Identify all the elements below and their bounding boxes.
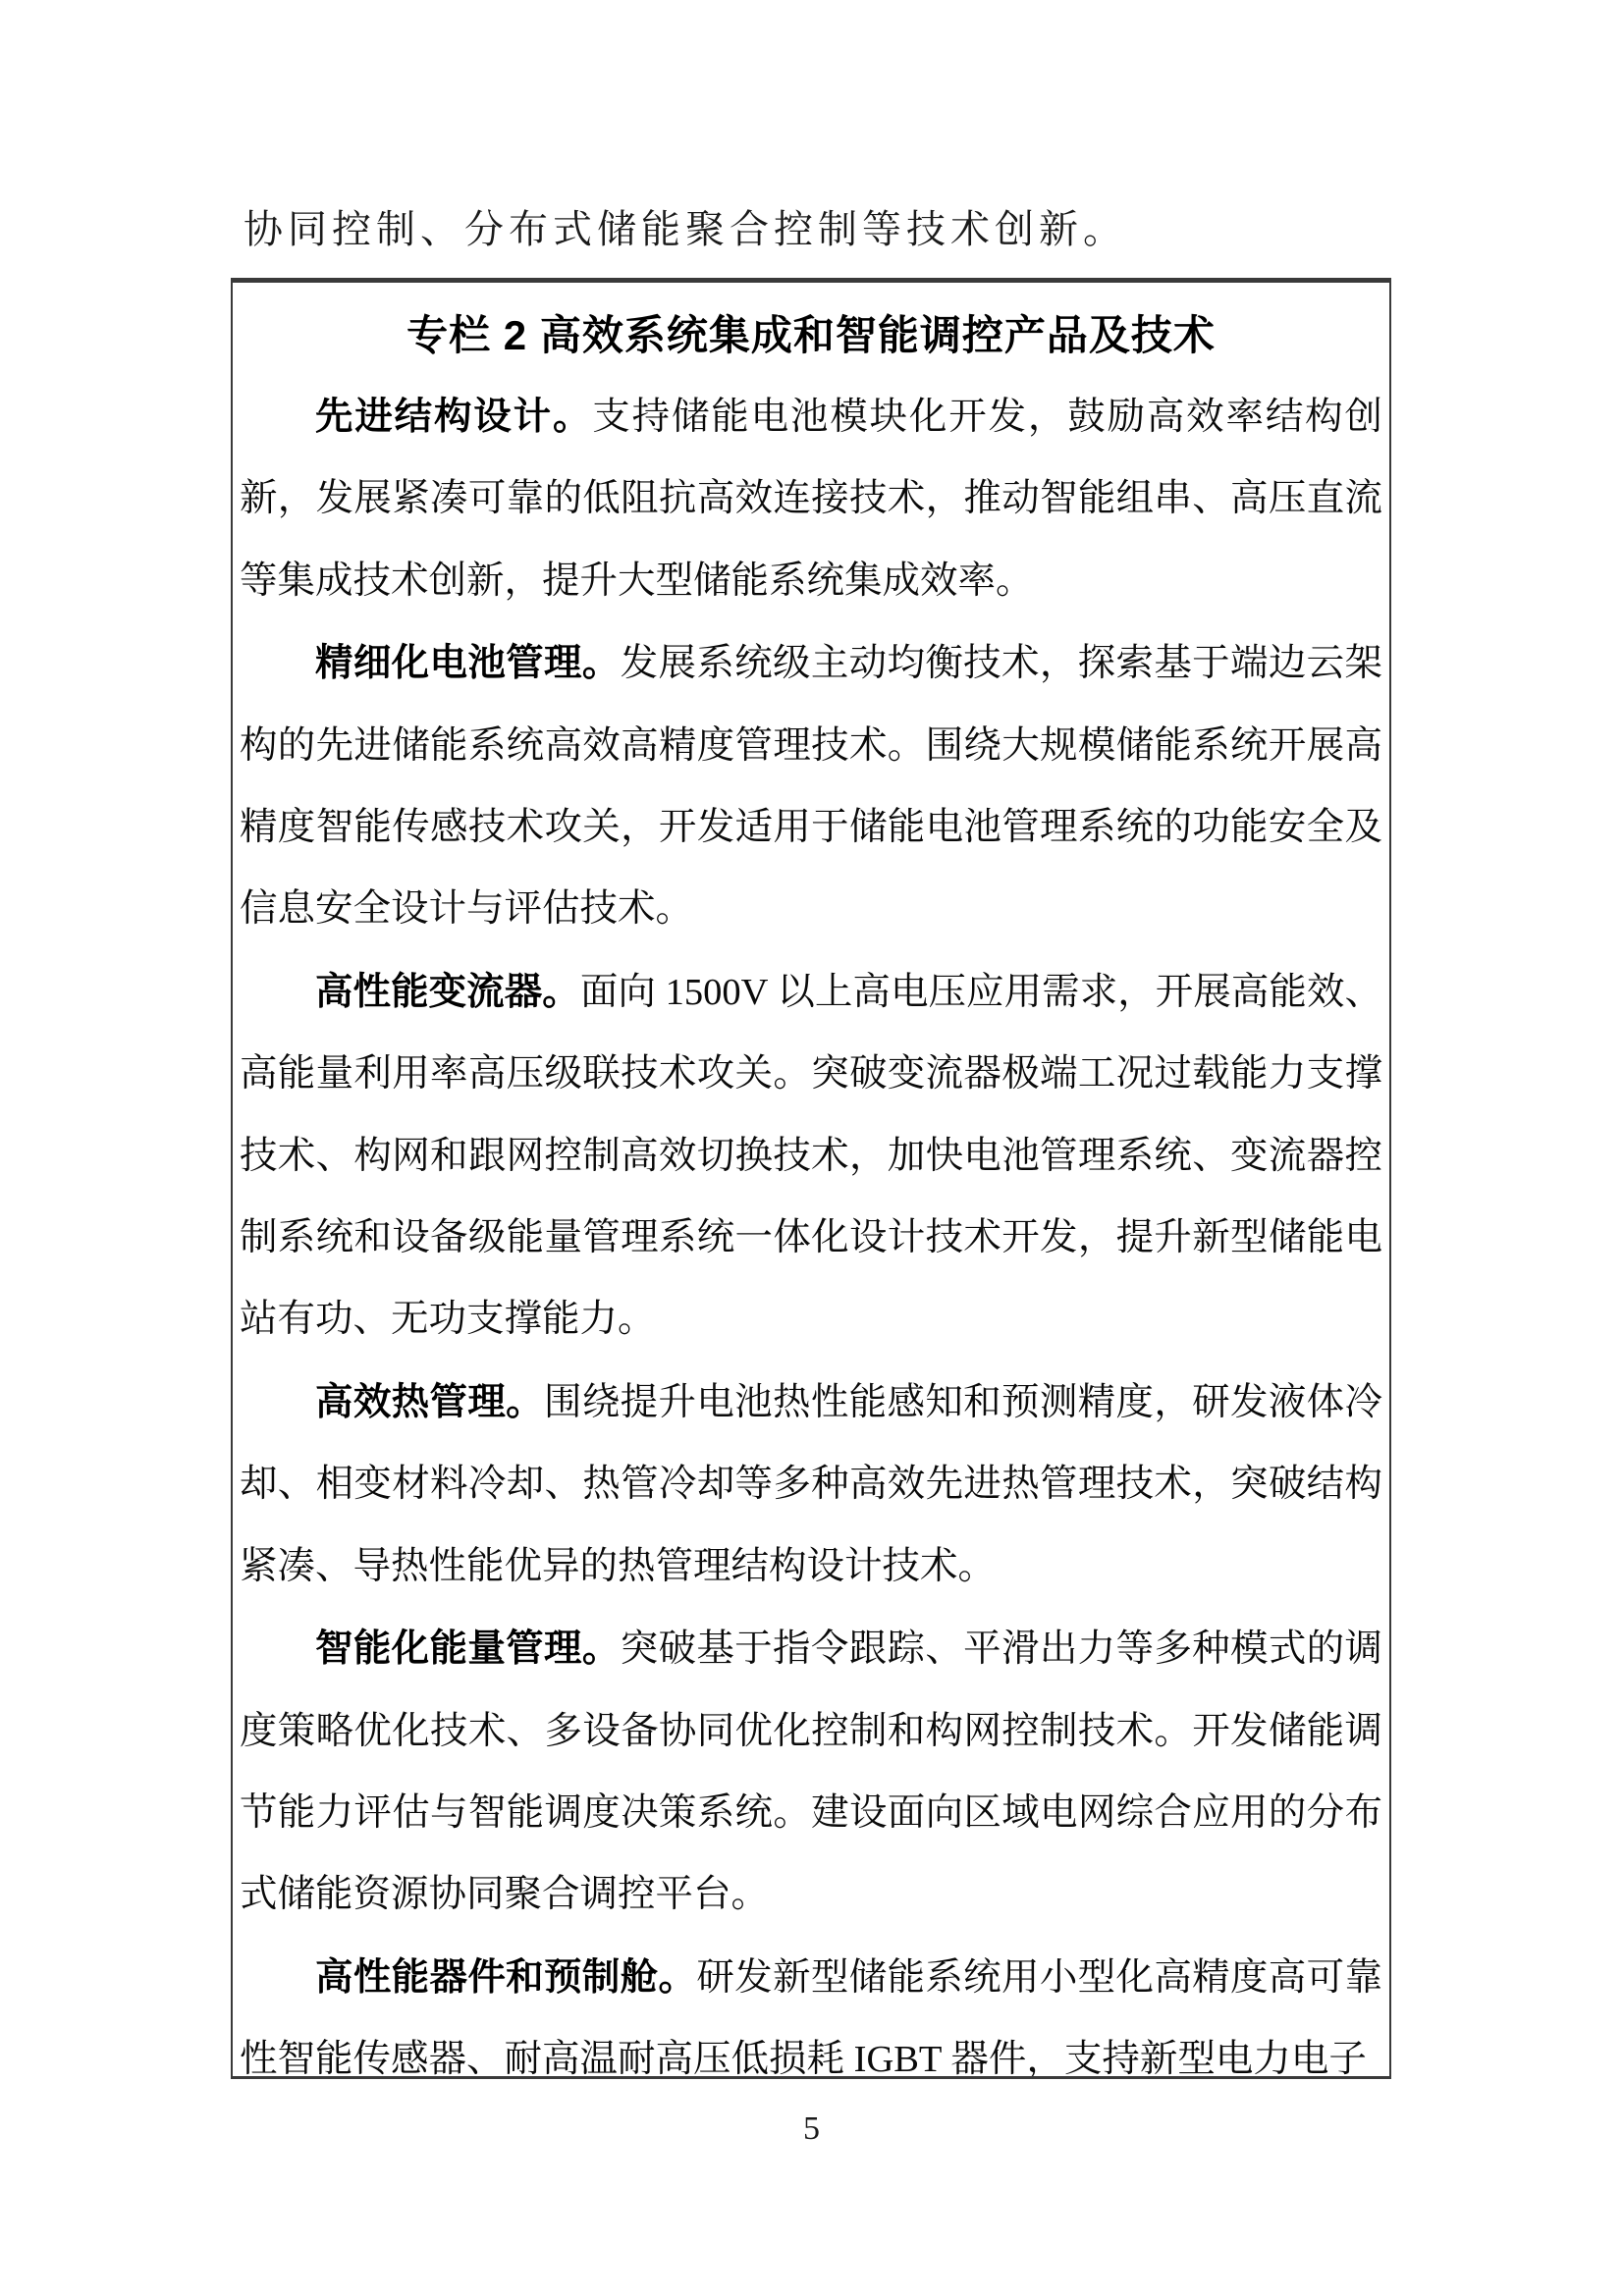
- paragraph-text: 面向 1500V 以上高电压应用需求，开展高能效、高能量利用率高压级联技术攻关。…: [240, 972, 1382, 1341]
- paragraph-lead: 先进结构设计。: [315, 396, 592, 438]
- paragraph-lead: 高性能变流器。: [315, 971, 580, 1013]
- paragraph-refined-battery-management: 精细化电池管理。发展系统级主动均衡技术，探索基于端边云架构的先进储能系统高效高精…: [240, 622, 1382, 951]
- intro-paragraph-line: 协同控制、分布式储能聚合控制等技术创新。: [243, 206, 1471, 253]
- page-number: 5: [0, 2110, 1623, 2148]
- paragraph-text: 发展系统级主动均衡技术，探索基于端边云架构的先进储能系统高效高精度管理技术。围绕…: [240, 643, 1382, 930]
- paragraph-efficient-thermal-management: 高效热管理。围绕提升电池热性能感知和预测精度，研发液体冷却、相变材料冷却、热管冷…: [240, 1362, 1382, 1608]
- paragraph-lead: 高效热管理。: [315, 1381, 544, 1423]
- paragraph-intelligent-energy-management: 智能化能量管理。突破基于指令跟踪、平滑出力等多种模式的调度策略优化技术、多设备协…: [240, 1608, 1382, 1937]
- paragraph-advanced-structure-design: 先进结构设计。支持储能电池模块化开发，鼓励高效率结构创新，发展紧凑可靠的低阻抗高…: [240, 376, 1382, 622]
- paragraph-lead: 精细化电池管理。: [315, 642, 621, 684]
- paragraph-lead: 智能化能量管理。: [315, 1628, 621, 1670]
- document-page: 协同控制、分布式储能聚合控制等技术创新。 专栏 2 高效系统集成和智能调控产品及…: [0, 0, 1623, 2296]
- paragraph-lead: 高性能器件和预制舱。: [315, 1956, 696, 1999]
- column-2-box: 专栏 2 高效系统集成和智能调控产品及技术 先进结构设计。支持储能电池模块化开发…: [231, 278, 1391, 2079]
- paragraph-text: 突破基于指令跟踪、平滑出力等多种模式的调度策略优化技术、多设备协同优化控制和构网…: [240, 1629, 1382, 1915]
- paragraph-high-performance-components: 高性能器件和预制舱。研发新型储能系统用小型化高精度高可靠性智能传感器、耐高温耐高…: [240, 1937, 1382, 2079]
- paragraph-high-performance-converter: 高性能变流器。面向 1500V 以上高电压应用需求，开展高能效、高能量利用率高压…: [240, 951, 1382, 1362]
- column-2-title: 专栏 2 高效系统集成和智能调控产品及技术: [240, 294, 1382, 376]
